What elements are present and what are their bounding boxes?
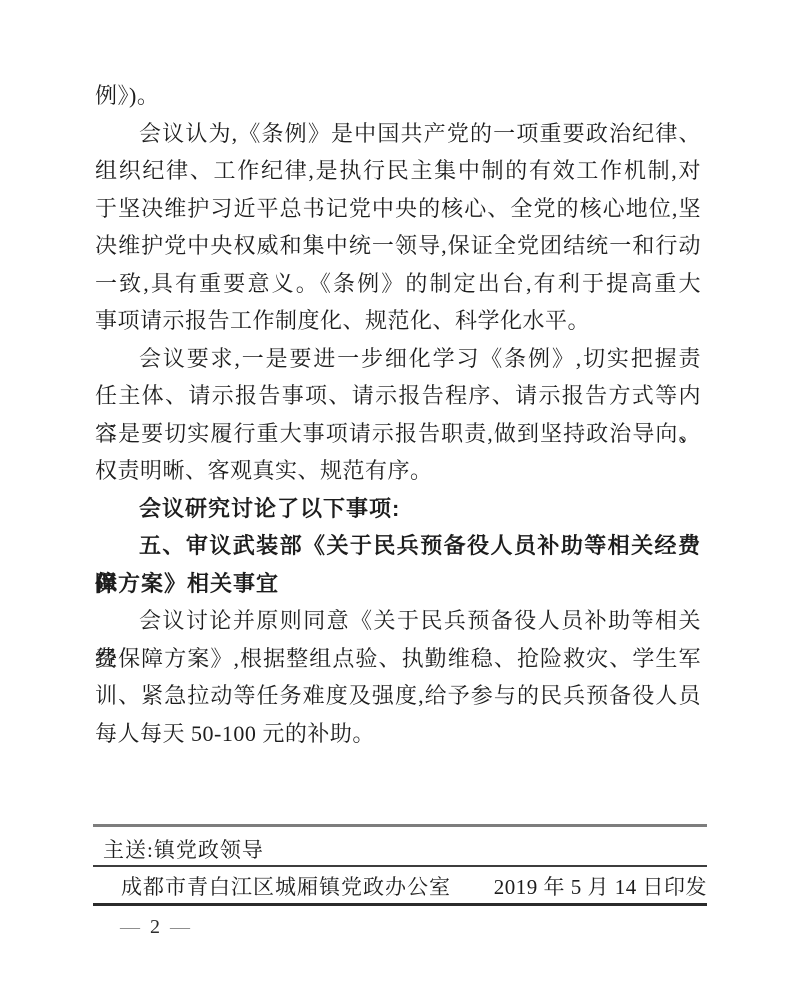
footer-divider-top [93, 824, 707, 827]
page-number-dash-left: — [120, 916, 140, 938]
footer-divider-bottom [93, 903, 707, 906]
page-number-value: 2 [150, 916, 160, 938]
text-line: 一致,具有重要意义。《条例》的制定出台,有利于提高重大 [95, 265, 701, 303]
text-line: 任主体、请示报告事项、请示报告程序、请示报告方式等内容。 [95, 377, 701, 415]
text-line: 会议要求,一是要进一步细化学习《条例》,切实把握责 [95, 340, 701, 378]
text-line: 事项请示报告工作制度化、规范化、科学化水平。 [95, 302, 701, 340]
text-line: 权责明晰、客观真实、规范有序。 [95, 452, 701, 490]
text-line: 训、紧急拉动等任务难度及强度,给予参与的民兵预备役人员 [95, 677, 701, 715]
text-line: 二是要切实履行重大事项请示报告职责,做到坚持政治导向、 [95, 415, 701, 453]
document-page: 例》)。会议认为,《条例》是中国共产党的一项重要政治纪律、组织纪律、工作纪律,是… [0, 0, 786, 1006]
text-line: 障方案》相关事宜 [95, 565, 701, 603]
page-number-dash-right: — [170, 916, 190, 938]
issuer-name: 成都市青白江区城厢镇党政办公室 [121, 873, 451, 901]
text-line: 五、审议武装部《关于民兵预备役人员补助等相关经费保 [95, 527, 701, 565]
footer-divider-middle [93, 865, 707, 867]
text-line: 费保障方案》,根据整组点验、执勤维稳、抢险救灾、学生军 [95, 640, 701, 678]
text-line: 组织纪律、工作纪律,是执行民主集中制的有效工作机制,对 [95, 152, 701, 190]
text-line: 会议讨论并原则同意《关于民兵预备役人员补助等相关经 [95, 602, 701, 640]
text-line: 例》)。 [95, 77, 701, 115]
issuer-row: 成都市青白江区城厢镇党政办公室 2019 年 5 月 14 日印发 [93, 873, 707, 901]
body-text: 例》)。会议认为,《条例》是中国共产党的一项重要政治纪律、组织纪律、工作纪律,是… [95, 77, 701, 752]
recipients-line: 主送:镇党政领导 [103, 836, 264, 864]
print-date: 2019 年 5 月 14 日印发 [494, 873, 707, 901]
text-line: 于坚决维护习近平总书记党中央的核心、全党的核心地位,坚 [95, 190, 701, 228]
text-line: 每人每天 50-100 元的补助。 [95, 715, 701, 753]
text-line: 会议认为,《条例》是中国共产党的一项重要政治纪律、 [95, 115, 701, 153]
text-line: 决维护党中央权威和集中统一领导,保证全党团结统一和行动 [95, 227, 701, 265]
page-number: —2— [120, 915, 190, 939]
text-line: 会议研究讨论了以下事项: [95, 490, 701, 528]
